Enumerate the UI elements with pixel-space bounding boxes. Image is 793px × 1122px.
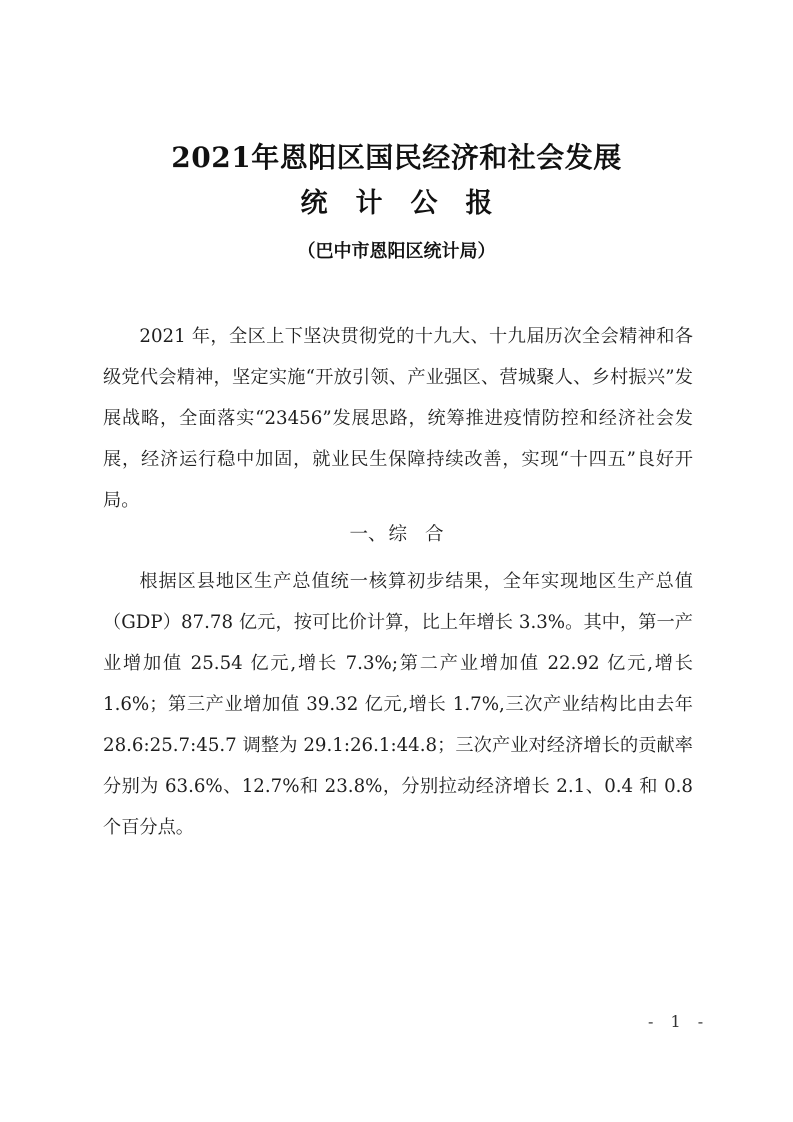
report-title: 2021年恩阳区国民经济和社会发展 [0,138,793,178]
section-heading-text-2: 合 [425,524,444,545]
overview-paragraph: 根据区县地区生产总值统一核算初步结果，全年实现地区生产总值（GDP）87.78 … [103,561,693,848]
page-number: - 1 - [648,1012,709,1031]
title-block: 2021年恩阳区国民经济和社会发展 统计公报 （巴中市恩阳区统计局） [0,138,793,266]
section-heading-text-1: 综 [388,524,407,545]
intro-paragraph: 2021 年，全区上下坚决贯彻党的十九大、十九届历次全会精神和各级党代会精神，坚… [103,316,693,521]
issuing-agency: （巴中市恩阳区统计局） [0,238,793,266]
section-number: 一、 [349,524,386,545]
document-page: 2021年恩阳区国民经济和社会发展 统计公报 （巴中市恩阳区统计局） 2021 … [0,0,793,1122]
intro-section: 2021 年，全区上下坚决贯彻党的十九大、十九届历次全会精神和各级党代会精神，坚… [103,316,693,521]
report-title-subtitle: 统计公报 [0,184,793,224]
section-heading-overview: 一、综合 [0,520,793,550]
overview-section: 根据区县地区生产总值统一核算初步结果，全年实现地区生产总值（GDP）87.78 … [103,561,693,848]
